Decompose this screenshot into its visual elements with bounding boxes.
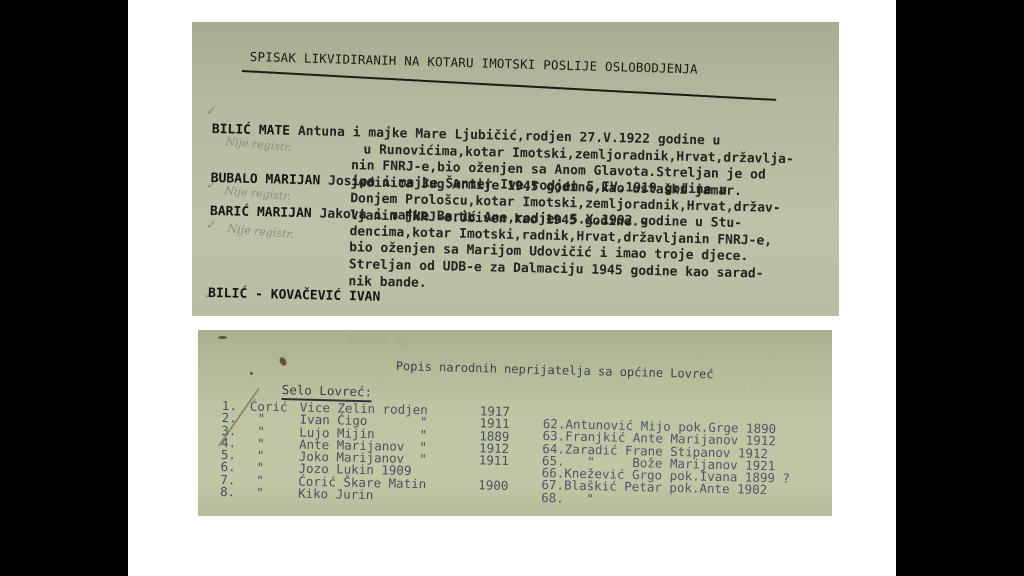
bleed-through-text: .......... ....... (673, 348, 792, 361)
document-title: Popis narodnih neprijatelja sa općine Lo… (396, 359, 714, 381)
entry-list: BILIĆ MATE Antuna i majke Mare Ljubičić,… (208, 122, 839, 316)
bleed-through-text: Ďvnovo ogr. .... (348, 334, 454, 347)
entry-baric-marijan: BARIĆ MARIJAN Jakova i majke Barić Ane,r… (208, 204, 839, 301)
enemy-list-left: 1.ĆorićVice Zelin rodjen19172."Ivan Ćigo… (220, 400, 510, 504)
scanned-document-bottom: Ďvnovo ogr. .... .......... ....... ....… (198, 330, 832, 516)
enemy-list-right: 62.Antunović Mijo pok.Grge 189063.Franjk… (541, 418, 791, 510)
ink-stain (278, 356, 288, 367)
item-number: 68. (541, 490, 564, 506)
checkmark-icon: ✓ (206, 104, 217, 119)
item-given-name: Kiko Jurin (298, 488, 478, 504)
entry-name: BILIĆ - KOVAČEVIĆ IVAN (208, 286, 380, 305)
item-text: " (564, 490, 594, 506)
ink-stain (218, 336, 227, 339)
item-year: 1900 (478, 477, 508, 493)
entry-name: BILIĆ MATE (212, 122, 291, 139)
item-number: 8. (220, 486, 248, 499)
entry-name: BARIĆ MARIJAN (210, 204, 312, 221)
ink-stain (250, 372, 253, 375)
item-year: 1911 (479, 453, 509, 469)
item-surname: " (248, 487, 298, 500)
scanned-document-top: SPISAK LIKVIDIRANIH NA KOTARU IMOTSKI PO… (192, 22, 839, 316)
document-title: SPISAK LIKVIDIRANIH NA KOTARU IMOTSKI PO… (250, 49, 698, 77)
